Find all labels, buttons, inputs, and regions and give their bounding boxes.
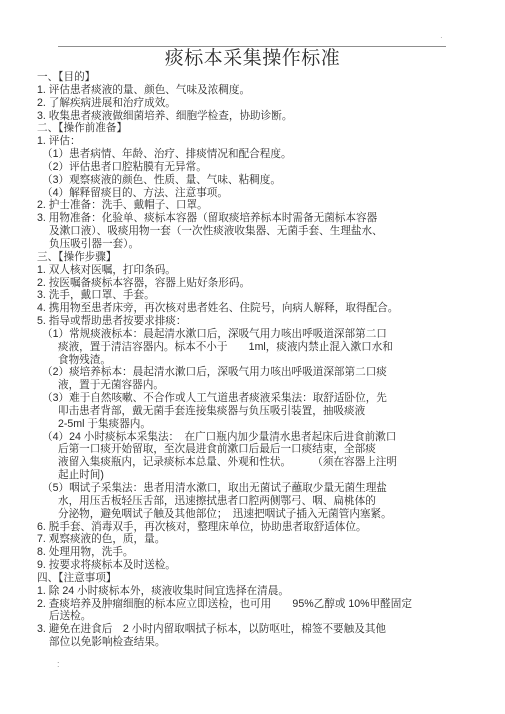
text-line: 2. 了解疾病进展和治疗成效。 xyxy=(0,97,505,110)
text-line: 2. 护士准备：洗手、戴帽子、口罩。 xyxy=(0,199,505,212)
text-line: （5）咽试子采集法：患者用清水漱口，取出无菌试子蘸取少量无菌生理盐 xyxy=(0,482,505,495)
text-line: （3）难于自然咳嗽、不合作或人工气道患者痰液采集法：取舒适卧位，先 xyxy=(0,392,505,405)
text-line: 液留入集痰瓶内，记录痰标本总量、外观和性状。 （须在容器上注明 xyxy=(0,456,505,469)
stray-mark-top-right: · xyxy=(440,34,443,42)
text-line: 1. 双人核对医嘱，打印条码。 xyxy=(0,264,505,277)
text-line: 后第一口痰开始留取，至次晨进食前漱口后最后一口痰结束，全部痰 xyxy=(0,443,505,456)
header-divider-line xyxy=(58,46,446,47)
text-line: 3. 用物准备：化验单、痰标本容器（留取痰培养标本时需备无菌标本容器 xyxy=(0,212,505,225)
text-line: 负压吸引器一套）。 xyxy=(0,238,505,251)
text-line: 2. 查痰培养及肿瘤细胞的标本应立即送检，也可用 95%乙醇或 10%甲醛固定 xyxy=(0,598,505,611)
text-line: 3. 洗手，戴口罩、手套。 xyxy=(0,289,505,302)
text-line: 2-5ml 于集痰器内。 xyxy=(0,418,505,431)
text-line: 8. 处理用物，洗手。 xyxy=(0,546,505,559)
text-line: 一、【目的】 xyxy=(0,71,505,84)
text-line: 2. 按医嘱备痰标本容器，容器上贴好条形码。 xyxy=(0,277,505,290)
text-line: 水，用压舌板轻压舌部，迅速擦拭患者口腔两侧鄂弓、咽、扁桃体的 xyxy=(0,495,505,508)
text-line: 3. 收集患者痰液做细菌培养、细胞学检查，协助诊断。 xyxy=(0,110,505,123)
text-line: （3）观察痰液的颜色、性质、量、气味、粘稠度。 xyxy=(0,174,505,187)
text-line: 液，置于无菌容器内。 xyxy=(0,379,505,392)
text-line: 叩击患者背部，戴无菌手套连接集痰器与负压吸引装置，抽吸痰液 xyxy=(0,405,505,418)
text-line: （4）解释留痰目的、方法、注意事项。 xyxy=(0,187,505,200)
text-line: 9. 按要求将痰标本及时送检。 xyxy=(0,559,505,572)
document-body: 一、【目的】1. 评估患者痰液的量、颜色、气味及浓稠度。2. 了解疾病进展和治疗… xyxy=(0,71,505,649)
document-title: 痰标本采集操作标准 xyxy=(0,48,505,70)
text-line: 及漱口液）、吸痰用物一套（一次性痰液收集器、无菌手套、生理盐水、 xyxy=(0,225,505,238)
text-line: 起止时间) xyxy=(0,469,505,482)
text-line: （2）评估患者口腔粘膜有无异常。 xyxy=(0,161,505,174)
text-line: 四、【注意事项】 xyxy=(0,572,505,585)
text-line: （4）24 小时痰标本采集法： 在广口瓶内加少量清水患者起床后进食前漱口 xyxy=(0,431,505,444)
text-line: （2）痰培养标本：晨起清水漱口后，深吸气用力咳出呼吸道深部第二口痰 xyxy=(0,366,505,379)
text-line: 后送检。 xyxy=(0,610,505,623)
stray-mark-bottom-left: : xyxy=(57,660,60,669)
text-line: 部位以免影响检查结果。 xyxy=(0,636,505,649)
text-line: 7. 观察痰液的色，质，量。 xyxy=(0,533,505,546)
text-line: 1. 评估： xyxy=(0,135,505,148)
text-line: 6. 脱手套、消毒双手，再次核对，整理床单位，协助患者取舒适体位。 xyxy=(0,521,505,534)
text-line: 痰液，置于清洁容器内。标本不小于 1ml，痰液内禁止混入漱口水和 xyxy=(0,341,505,354)
document-page: · 痰标本采集操作标准 一、【目的】1. 评估患者痰液的量、颜色、气味及浓稠度。… xyxy=(0,0,505,714)
text-line: 5. 指导或帮助患者按要求排痰： xyxy=(0,315,505,328)
text-line: 二、【操作前准备】 xyxy=(0,122,505,135)
text-line: 食物残渣。 xyxy=(0,354,505,367)
text-line: （1）常规痰液标本：晨起清水漱口后，深吸气用力咳出呼吸道深部第二口 xyxy=(0,328,505,341)
text-line: 4. 携用物至患者床旁，再次核对患者姓名、住院号，向病人解释，取得配合。 xyxy=(0,302,505,315)
text-line: 分泌物，避免咽试子触及其他部位； 迅速把咽试子插入无菌管内塞紧。 xyxy=(0,508,505,521)
text-line: 三、【操作步骤】 xyxy=(0,251,505,264)
text-line: （1）患者病情、年龄、治疗、排痰情况和配合程度。 xyxy=(0,148,505,161)
text-line: 3. 避免在进食后 2 小时内留取咽拭子标本，以防呕吐，棉签不要触及其他 xyxy=(0,623,505,636)
text-line: 1. 除 24 小时痰标本外，痰液收集时间宜选择在清晨。 xyxy=(0,585,505,598)
text-line: 1. 评估患者痰液的量、颜色、气味及浓稠度。 xyxy=(0,84,505,97)
